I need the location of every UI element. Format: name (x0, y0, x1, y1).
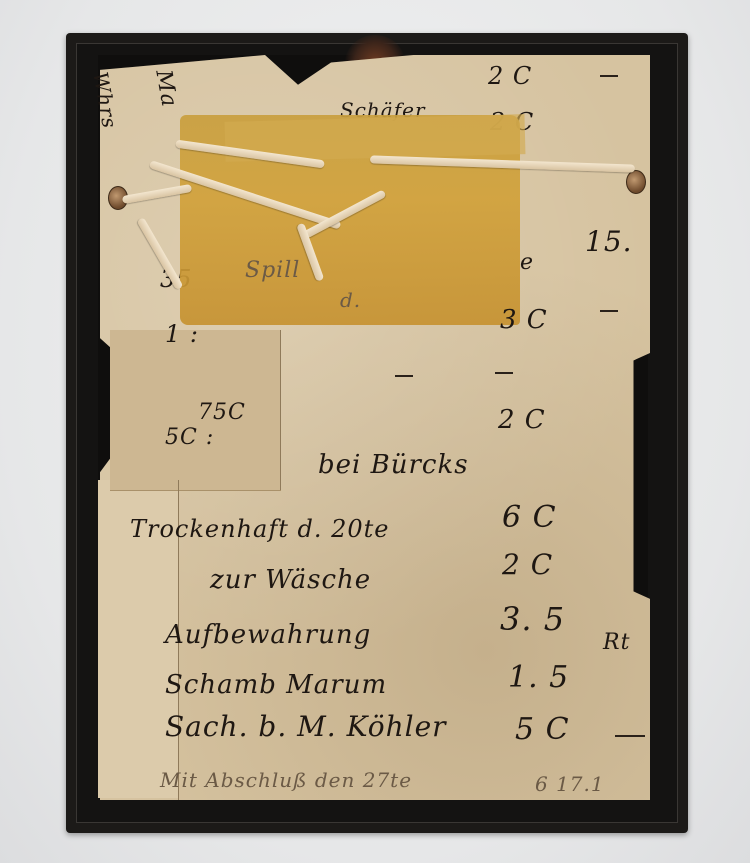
entry-text: Sach. b. M. Köhler (165, 710, 447, 743)
ink-dash (600, 75, 618, 77)
entry-text: bei Bürcks (318, 450, 469, 480)
entry-amount: 3. 5 (500, 600, 565, 638)
margin-note: 5C : (165, 425, 214, 450)
ink-dash (495, 372, 513, 374)
ink-dash (395, 375, 413, 377)
footer-text: Mit Abschluß den 27te (160, 768, 412, 792)
entry-text: zur Wäsche (210, 565, 371, 595)
entry-amount: 3 C (500, 305, 548, 335)
entry-amount: 2 C (502, 548, 553, 581)
right-grommet (626, 170, 646, 194)
margin-note: 75C (198, 400, 246, 425)
entry-amount: 2 C (498, 405, 546, 435)
footer-amount: 6 17.1 (535, 772, 605, 796)
ink-dash (600, 310, 618, 312)
entry-amount: 5 C (515, 712, 570, 747)
entry-text: Trockenhaft d. 20te (130, 515, 390, 543)
ink-dash (615, 735, 645, 737)
side-mark: Rt (603, 630, 630, 655)
paper-scrap-patch (110, 330, 281, 491)
entry-text: Schamb Marum (165, 670, 387, 700)
entry-amount: 6 C (502, 500, 557, 535)
tape-text: d. (340, 288, 361, 312)
entry-amount: 2 C (488, 62, 532, 90)
ruled-line (280, 330, 281, 490)
entry-amount: 15. (585, 225, 633, 258)
entry-amount: e (520, 250, 534, 275)
tape-text: Spill (245, 258, 300, 283)
entry-text: Aufbewahrung (165, 620, 371, 650)
entry-amount: 1. 5 (508, 660, 569, 695)
